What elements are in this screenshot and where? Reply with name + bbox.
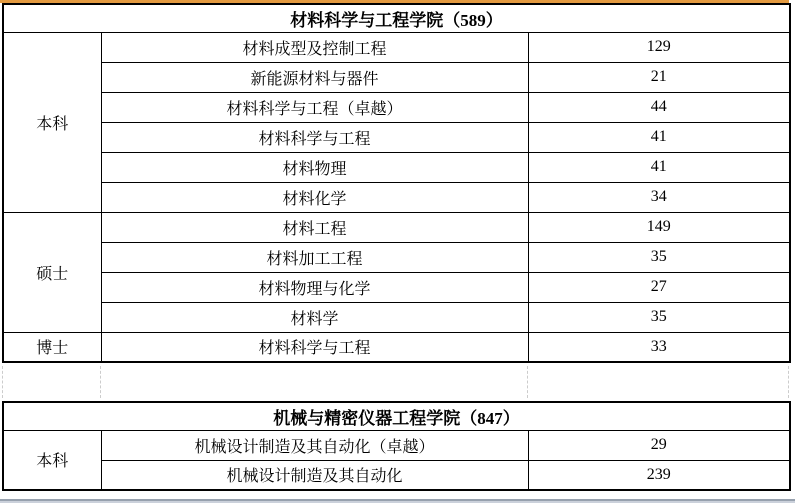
- enrollment-count-cell: 41: [528, 152, 790, 182]
- college-title: 材料科学与工程学院（589）: [3, 4, 790, 32]
- enrollment-count-cell: 35: [528, 242, 790, 272]
- enrollment-count-cell: 129: [528, 32, 790, 62]
- bottom-edge-strip: [0, 499, 795, 504]
- enrollment-count-cell: 44: [528, 92, 790, 122]
- enrollment-count-cell: 41: [528, 122, 790, 152]
- major-name-cell: 新能源材料与器件: [101, 62, 528, 92]
- college-table-mechanical: 机械与精密仪器工程学院（847） 本科机械设计制造及其自动化（卓越）29机械设计…: [2, 401, 791, 491]
- degree-level-cell: 博士: [3, 332, 101, 362]
- major-name-cell: 材料学: [101, 302, 528, 332]
- enrollment-count-cell: 33: [528, 332, 790, 362]
- enrollment-count-cell: 34: [528, 182, 790, 212]
- major-name-cell: 材料加工工程: [101, 242, 528, 272]
- spreadsheet-gap: [2, 363, 789, 401]
- major-name-cell: 材料化学: [101, 182, 528, 212]
- major-name-cell: 材料科学与工程: [101, 122, 528, 152]
- table-row: 本科机械设计制造及其自动化（卓越）29: [3, 430, 790, 460]
- bottom-edge-light-line: [0, 501, 795, 503]
- major-name-cell: 材料科学与工程（卓越）: [101, 92, 528, 122]
- table-row: 材料物理与化学27: [3, 272, 790, 302]
- table-row: 材料物理41: [3, 152, 790, 182]
- major-name-cell: 机械设计制造及其自动化: [101, 460, 528, 490]
- document-sheet: 材料科学与工程学院（589） 本科材料成型及控制工程129新能源材料与器件21材…: [2, 3, 789, 491]
- enrollment-count-cell: 239: [528, 460, 790, 490]
- table-row: 材料学35: [3, 302, 790, 332]
- enrollment-count-cell: 149: [528, 212, 790, 242]
- enrollment-count-cell: 21: [528, 62, 790, 92]
- table-row: 材料化学34: [3, 182, 790, 212]
- table-row: 材料科学与工程41: [3, 122, 790, 152]
- enrollment-count-cell: 29: [528, 430, 790, 460]
- major-name-cell: 材料成型及控制工程: [101, 32, 528, 62]
- major-name-cell: 材料物理与化学: [101, 272, 528, 302]
- major-name-cell: 材料工程: [101, 212, 528, 242]
- table-row: 材料加工工程35: [3, 242, 790, 272]
- gridline: [527, 366, 528, 398]
- table-row: 机械设计制造及其自动化239: [3, 460, 790, 490]
- college-table-materials: 材料科学与工程学院（589） 本科材料成型及控制工程129新能源材料与器件21材…: [2, 3, 791, 363]
- table-row: 本科材料成型及控制工程129: [3, 32, 790, 62]
- table-row: 新能源材料与器件21: [3, 62, 790, 92]
- degree-level-cell: 硕士: [3, 212, 101, 332]
- table-body: 本科机械设计制造及其自动化（卓越）29机械设计制造及其自动化239: [3, 430, 790, 490]
- table-row: 材料科学与工程（卓越）44: [3, 92, 790, 122]
- college-title: 机械与精密仪器工程学院（847）: [3, 402, 790, 430]
- table-title-row: 材料科学与工程学院（589）: [3, 4, 790, 32]
- table-title-row: 机械与精密仪器工程学院（847）: [3, 402, 790, 430]
- table-row: 硕士材料工程149: [3, 212, 790, 242]
- gridline: [788, 366, 789, 398]
- degree-level-cell: 本科: [3, 430, 101, 490]
- gridline: [100, 366, 101, 398]
- enrollment-count-cell: 35: [528, 302, 790, 332]
- page: { "decor": { "top_strip_color": "#e39a40…: [0, 0, 795, 504]
- table-body: 本科材料成型及控制工程129新能源材料与器件21材料科学与工程（卓越）44材料科…: [3, 32, 790, 362]
- degree-level-cell: 本科: [3, 32, 101, 212]
- enrollment-count-cell: 27: [528, 272, 790, 302]
- major-name-cell: 材料科学与工程: [101, 332, 528, 362]
- major-name-cell: 材料物理: [101, 152, 528, 182]
- gridline: [2, 366, 3, 398]
- table-row: 博士材料科学与工程33: [3, 332, 790, 362]
- major-name-cell: 机械设计制造及其自动化（卓越）: [101, 430, 528, 460]
